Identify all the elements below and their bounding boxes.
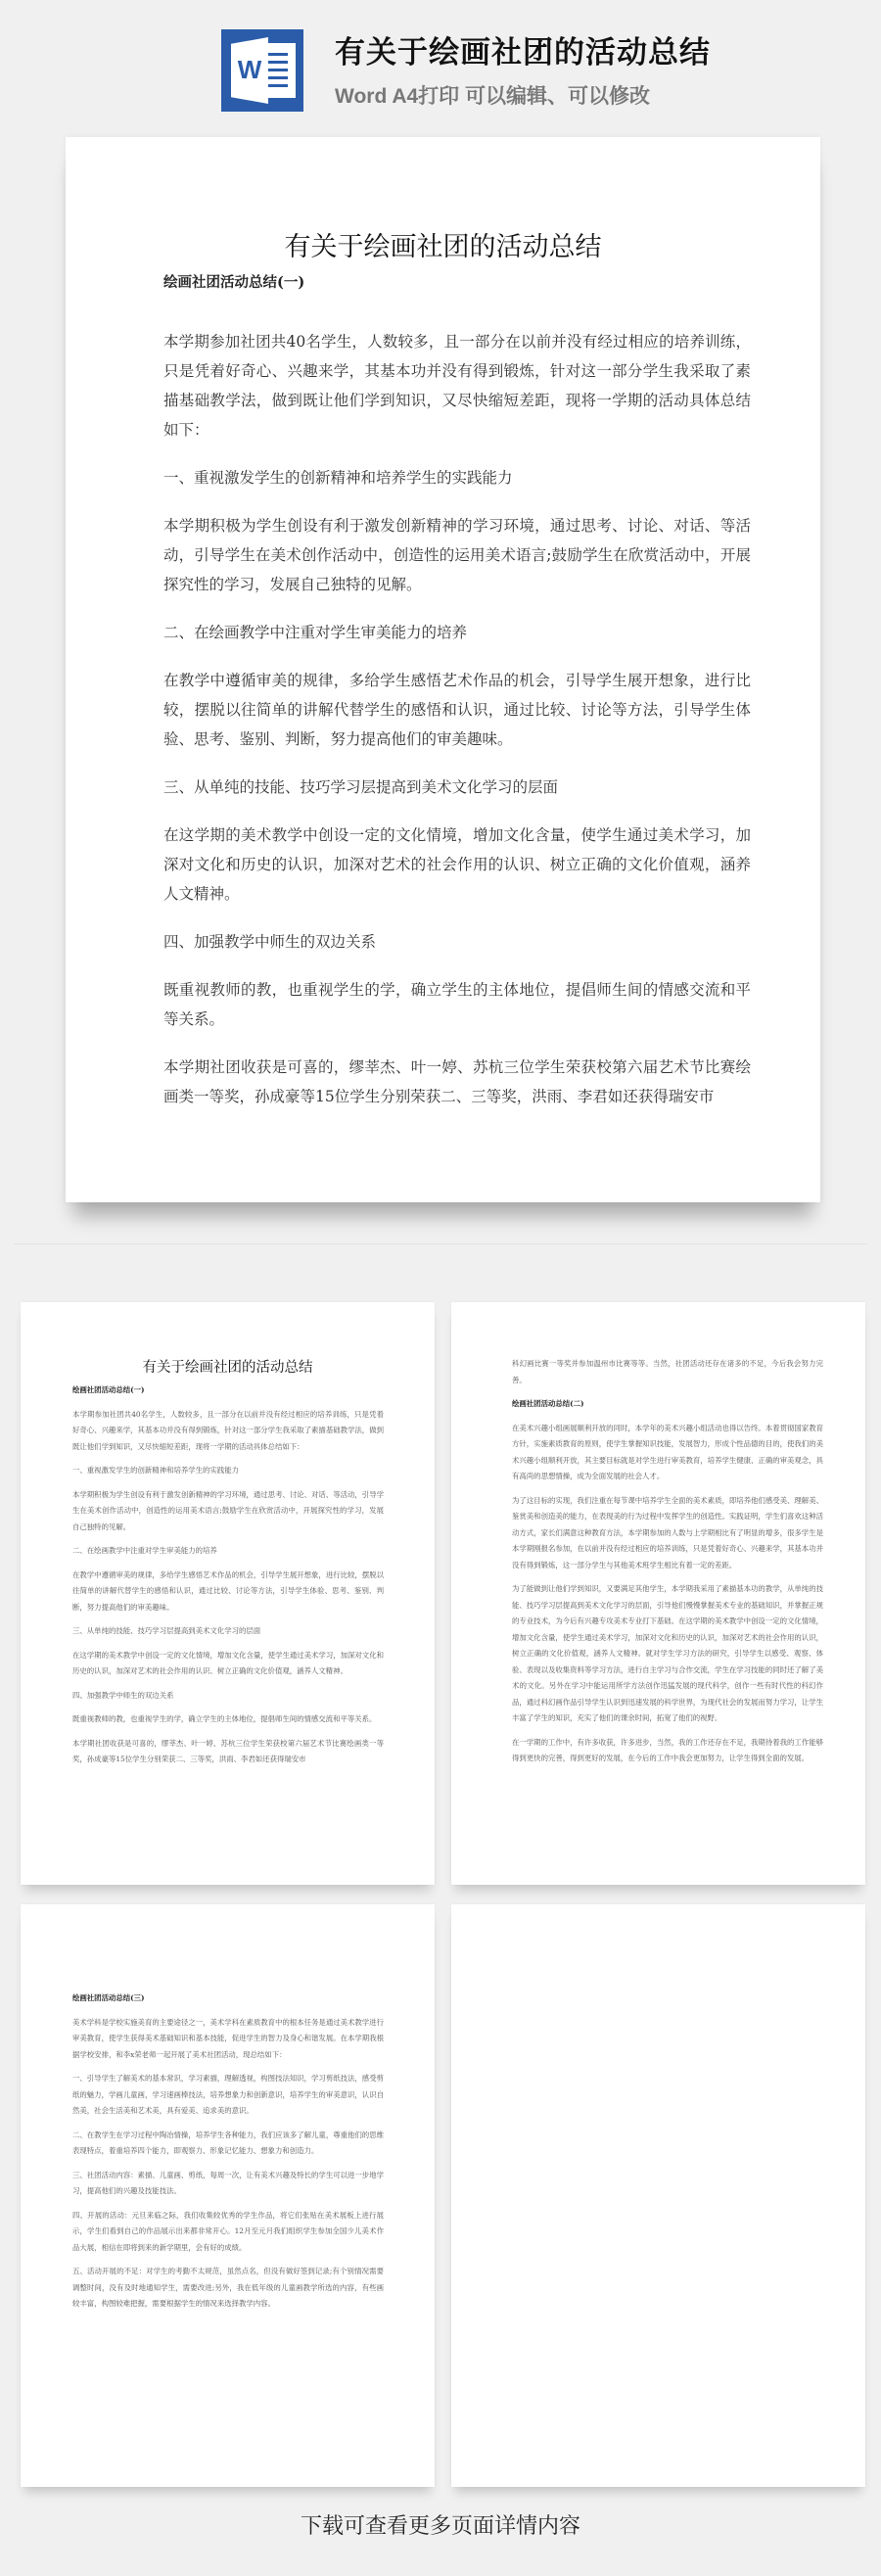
- paragraph: 既重视教师的教，也重视学生的学，确立学生的主体地位，提倡师生间的情感交流和平等关…: [163, 975, 751, 1034]
- header-subtitle: Word A4打印 可以编辑、可以修改: [335, 80, 650, 110]
- paragraph: 在美术兴趣小组画展顺利开放的同时，本学年的美术兴趣小组活动也得以告终。本着贯彻国…: [512, 1421, 823, 1485]
- paragraph: 本学期参加社团共40名学生，人数较多，且一部分在以前并没有经过相应的培养训练，只…: [72, 1407, 384, 1456]
- paragraph: 在一学期的工作中，有许多收获，许多进步，当然，我的工作还存在不足，我期待着我的工…: [512, 1735, 823, 1767]
- thumbnail-body: 科幻画比赛一等奖并参加温州市比赛等等。当然，社团活动还存在诸多的不足，今后我会努…: [512, 1356, 823, 1775]
- word-w-letter: W: [234, 55, 265, 85]
- thumbnail-page-1[interactable]: 有关于绘画社团的活动总结 绘画社团活动总结(一) 本学期参加社团共40名学生，人…: [21, 1302, 435, 1885]
- paragraph: 本学期参加社团共40名学生，人数较多，且一部分在以前并没有经过相应的培养训练，只…: [163, 327, 751, 445]
- section-title: 三、从单纯的技能、技巧学习层提高到美术文化学习的层面: [163, 773, 751, 802]
- thumbnail-page-2[interactable]: 科幻画比赛一等奖并参加温州市比赛等等。当然，社团活动还存在诸多的不足，今后我会努…: [451, 1302, 865, 1885]
- paragraph: 为了这目标的实现，我们注重在每节课中培养学生全面的美术素质，即培养他们感受美、理…: [512, 1493, 823, 1574]
- document-body: 绘画社团活动总结(一) 本学期参加社团共40名学生，人数较多，且一部分在以前并没…: [163, 268, 751, 1130]
- paragraph: 三、社团活动内容：素描、儿童画、剪纸，每周一次，让有美术兴趣及特长的学生可以进一…: [72, 2168, 384, 2200]
- paragraph: 在这学期的美术教学中创设一定的文化情境，增加文化含量，使学生通过美术学习，加深对…: [72, 1648, 384, 1680]
- main-preview-page: 有关于绘画社团的活动总结 绘画社团活动总结(一) 本学期参加社团共40名学生，人…: [66, 137, 820, 1202]
- section-heading: 绘画社团活动总结(一): [163, 268, 751, 298]
- section-title: 一、重视激发学生的创新精神和培养学生的实践能力: [72, 1463, 384, 1479]
- paragraph: 在这学期的美术教学中创设一定的文化情境，增加文化含量，使学生通过美术学习，加深对…: [163, 820, 751, 909]
- paragraph: 美术学科是学校实施美育的主要途径之一，美术学科在素质教育中的根本任务是通过美术教…: [72, 2015, 384, 2064]
- paragraph: 本学期社团收获是可喜的，缪莘杰、叶一婷、苏杭三位学生荣获校第六届艺术节比赛绘画类…: [72, 1736, 384, 1768]
- section-heading: 绘画社团活动总结(三): [72, 1991, 384, 2007]
- paragraph: 本学期积极为学生创设有利于激发创新精神的学习环境，通过思考、讨论、对话、等活动，…: [72, 1487, 384, 1536]
- paragraph: 五、活动开展的不足：对学生的考勤不太规范，虽然点名，但没有做好签到记录;有个别情…: [72, 2264, 384, 2313]
- section-heading: 绘画社团活动总结(二): [512, 1396, 823, 1413]
- document-title: 有关于绘画社团的活动总结: [66, 225, 820, 263]
- paragraph: 在教学中遵循审美的规律，多给学生感悟艺术作品的机会，引导学生展开想象，进行比较，…: [163, 666, 751, 754]
- paragraph: 四、开展的活动：元旦来临之际，我们收集较优秀的学生作品，将它们张贴在美术展板上进…: [72, 2208, 384, 2257]
- paragraph: 科幻画比赛一等奖并参加温州市比赛等等。当然，社团活动还存在诸多的不足，今后我会努…: [512, 1356, 823, 1388]
- thumbnail-body: 绘画社团活动总结(三) 美术学科是学校实施美育的主要途径之一，美术学科在素质教育…: [72, 1991, 384, 2320]
- paragraph: 为了能做到让他们学到知识，又要满足其他学生，本学期我采用了素描基本功的教学，从单…: [512, 1581, 823, 1727]
- section-title: 二、在绘画教学中注重对学生审美能力的培养: [72, 1543, 384, 1560]
- section-title: 一、重视激发学生的创新精神和培养学生的实践能力: [163, 463, 751, 492]
- paragraph: 本学期积极为学生创设有利于激发创新精神的学习环境，通过思考、讨论、对话、等活动，…: [163, 511, 751, 599]
- paragraph: 本学期社团收获是可喜的，缪莘杰、叶一婷、苏杭三位学生荣获校第六届艺术节比赛绘画类…: [163, 1053, 751, 1111]
- section-title: 四、加强教学中师生的双边关系: [72, 1688, 384, 1705]
- paragraph: 在教学中遵循审美的规律，多给学生感悟艺术作品的机会，引导学生展开想象，进行比较，…: [72, 1568, 384, 1616]
- section-title: 二、在绘画教学中注重对学生审美能力的培养: [163, 618, 751, 647]
- thumbnail-page-3[interactable]: 绘画社团活动总结(三) 美术学科是学校实施美育的主要途径之一，美术学科在素质教育…: [21, 1904, 435, 2487]
- thumbnail-title: 有关于绘画社团的活动总结: [21, 1356, 435, 1377]
- word-document-icon: W: [221, 29, 303, 112]
- paragraph: 一、引导学生了解美术的基本常识，学习素描，理解透视，构图技法知识，学习剪纸技法，…: [72, 2071, 384, 2120]
- section-title: 三、从单纯的技能、技巧学习层提高到美术文化学习的层面: [72, 1623, 384, 1640]
- section-title: 四、加强教学中师生的双边关系: [163, 927, 751, 957]
- paragraph: 既重视教师的教，也重视学生的学，确立学生的主体地位，提倡师生间的情感交流和平等关…: [72, 1711, 384, 1728]
- section-divider: [14, 1243, 867, 1244]
- thumbnail-page-4-blank[interactable]: [451, 1904, 865, 2487]
- header-banner: W 有关于绘画社团的活动总结 Word A4打印 可以编辑、可以修改: [0, 0, 881, 125]
- section-heading: 绘画社团活动总结(一): [72, 1382, 384, 1399]
- thumbnail-body: 绘画社团活动总结(一) 本学期参加社团共40名学生，人数较多，且一部分在以前并没…: [72, 1382, 384, 1776]
- download-more-link[interactable]: 下载可查看更多页面详情内容: [0, 2509, 881, 2540]
- paragraph: 二、在教学生在学习过程中陶冶情操，培养学生各种能力，我们应该多了解儿童，尊重他们…: [72, 2128, 384, 2160]
- header-title: 有关于绘画社团的活动总结: [335, 27, 711, 71]
